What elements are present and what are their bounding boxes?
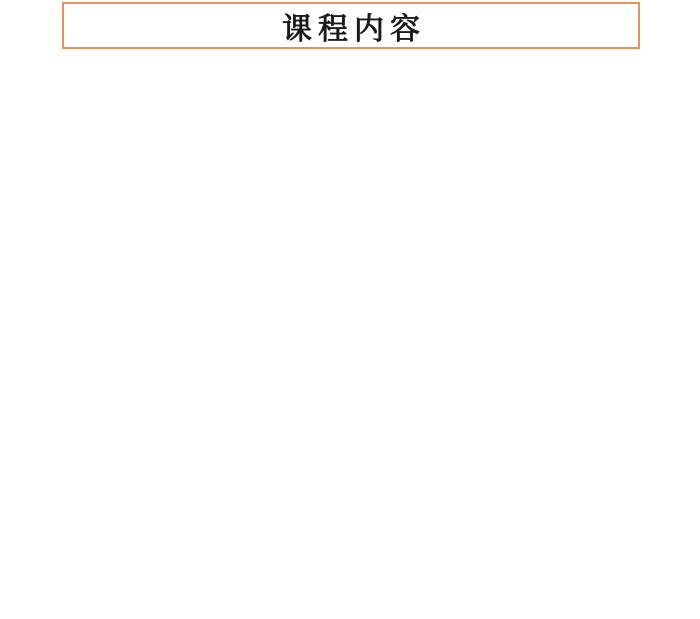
schedule-table: 课程内容 (62, 2, 640, 49)
table-title: 课程内容 (64, 4, 638, 47)
page: 课程内容 (0, 0, 700, 619)
